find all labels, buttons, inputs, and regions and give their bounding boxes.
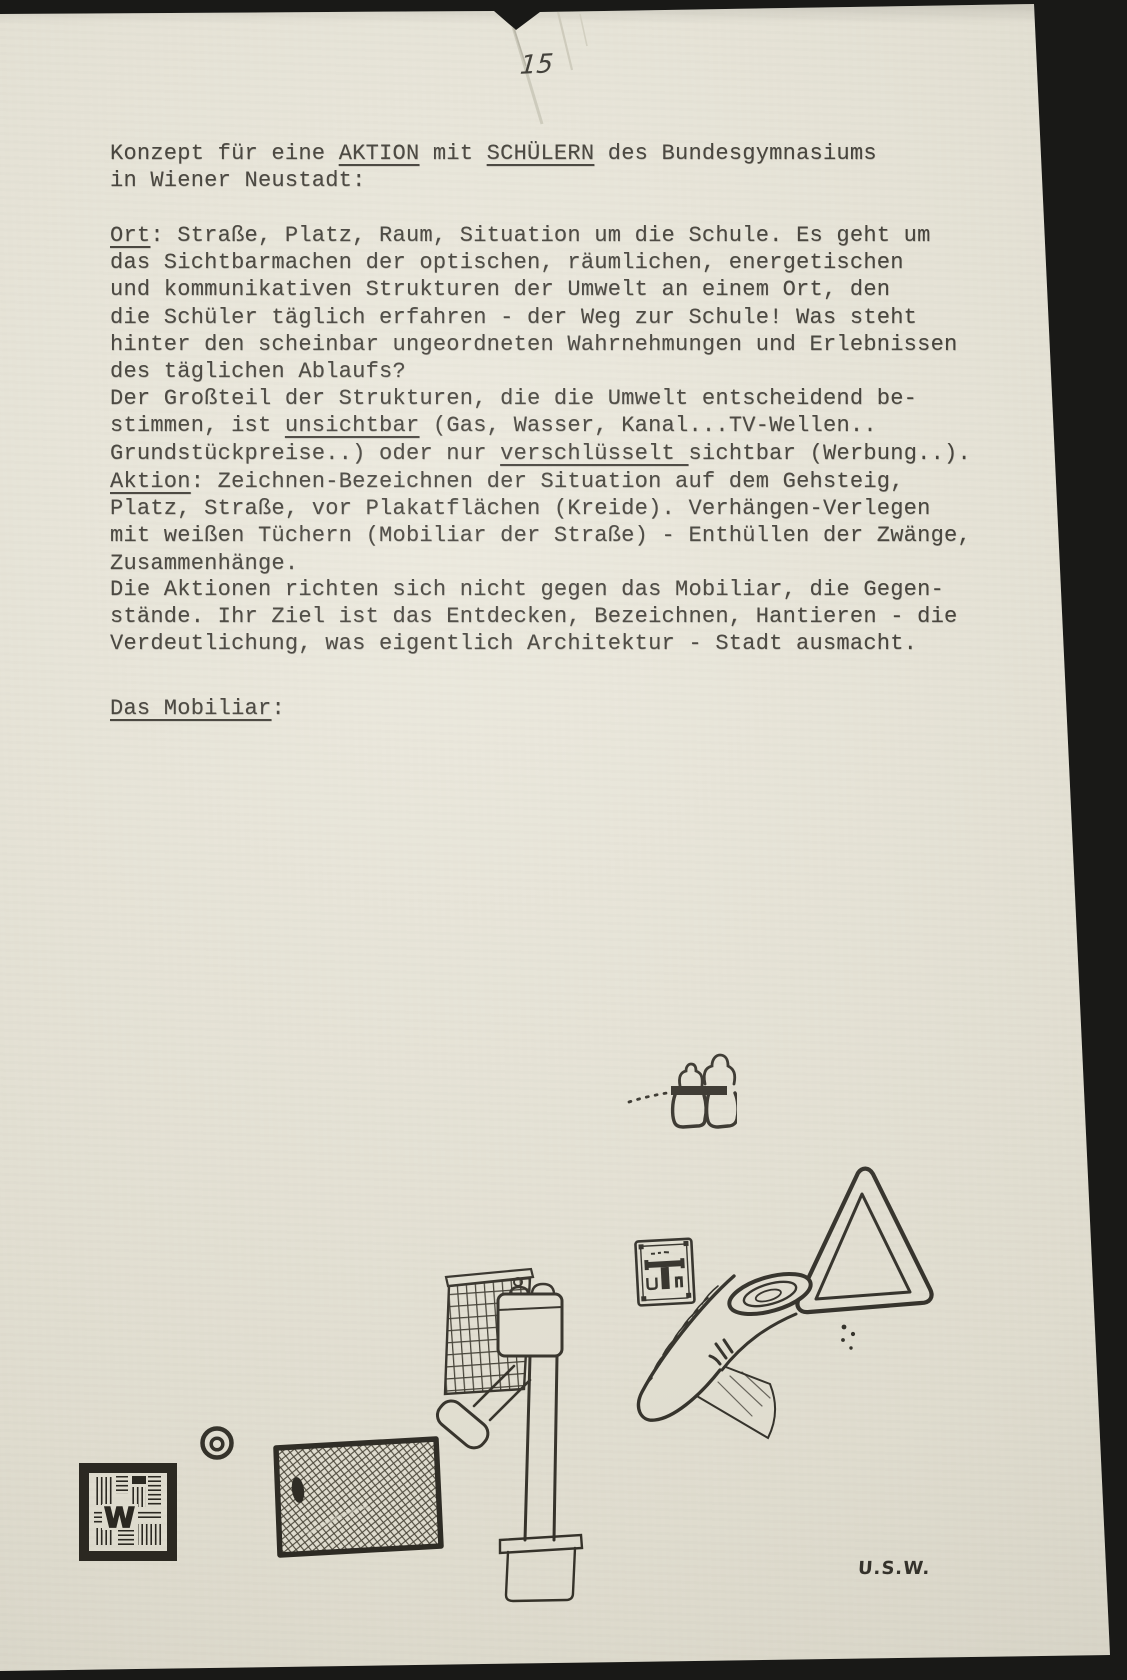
paragraph-ziel: Die Aktionen richten sich nicht gegen da… — [110, 576, 958, 658]
title-emphasis-aktion: AKTION — [339, 141, 420, 166]
text-segment: (Gas, Wasser, Kanal...TV-Wellen.. — [419, 413, 876, 438]
text-line: Ort: Straße, Platz, Raum, Situation um d… — [110, 222, 971, 249]
text-segment: sichtbar (Werbung..). — [688, 441, 971, 466]
mobiliar-label: Das Mobiliar — [110, 696, 271, 721]
title-text: des Bundesgymnasiums — [594, 141, 877, 166]
paragraph-ort: Ort: Straße, Platz, Raum, Situation um d… — [110, 222, 971, 467]
heading-das-mobiliar: Das Mobiliar: — [110, 695, 285, 722]
document-sheet: 15 Konzept für eine AKTION mit SCHÜLERN … — [0, 0, 1127, 1680]
title-text: mit — [419, 141, 486, 166]
text-line: stände. Ihr Ziel ist das Entdecken, Beze… — [110, 603, 958, 630]
document-title: Konzept für eine AKTION mit SCHÜLERN des… — [110, 140, 877, 194]
emphasis-unsichtbar: unsichtbar — [285, 413, 420, 438]
paper-crease — [430, 6, 690, 146]
text-segment: : Zeichnen-Bezeichnen der Situation auf … — [191, 469, 904, 494]
text-segment: : Straße, Platz, Raum, Situation um die … — [150, 223, 930, 248]
text-line: Die Aktionen richten sich nicht gegen da… — [110, 576, 958, 603]
stamp-strokes: W — [84, 1468, 172, 1556]
manhole-cover-sketch — [268, 1434, 446, 1562]
text-line: Der Großteil der Strukturen, die die Umw… — [110, 385, 971, 412]
text-segment: : — [271, 696, 284, 721]
text-line: das Sichtbarmachen der optischen, räumli… — [110, 249, 971, 276]
basket-strokes — [433, 1269, 582, 1601]
title-line-2: in Wiener Neustadt: — [110, 167, 877, 194]
stamp-letter: W — [104, 1501, 135, 1534]
text-line: mit weißen Tüchern (Mobiliar der Straße)… — [110, 522, 971, 549]
newspaper-roll-sketch — [598, 1252, 818, 1444]
roll-strokes — [636, 1266, 815, 1438]
text-line: des täglichen Ablaufs? — [110, 358, 971, 385]
manhole-strokes — [276, 1439, 441, 1555]
roll-opening — [725, 1266, 815, 1322]
text-line: hinter den scheinbar ungeordneten Wahrne… — [110, 331, 971, 358]
emphasis-verschluesselt: verschlüsselt — [500, 441, 688, 466]
title-emphasis-schuelern: SCHÜLERN — [487, 141, 595, 166]
text-line: Zusammenhänge. — [110, 550, 971, 577]
text-segment: Grundstückpreise..) oder nur — [110, 441, 500, 466]
handwritten-usw-note: U.S.W. — [857, 1558, 931, 1579]
text-line: Platz, Straße, vor Plakatflächen (Kreide… — [110, 495, 971, 522]
text-line: die Schüler täglich erfahren - der Weg z… — [110, 304, 971, 331]
w-stamp-sketch: W — [78, 1462, 178, 1562]
text-line: Das Mobiliar: — [110, 695, 285, 722]
hydrant-bollards-sketch — [625, 1048, 737, 1132]
text-segment: stimmen, ist — [110, 413, 285, 438]
ring-sketch — [196, 1422, 238, 1464]
text-line: und kommunikativen Strukturen der Umwelt… — [110, 276, 971, 303]
text-line: Verdeutlichung, was eigentlich Architekt… — [110, 630, 958, 657]
aktion-label: Aktion — [110, 469, 191, 494]
bollards-strokes — [629, 1055, 737, 1127]
text-line: Grundstückpreise..) oder nur verschlüsse… — [110, 440, 971, 467]
page-number: 15 — [519, 49, 555, 81]
paragraph-aktion: Aktion: Zeichnen-Bezeichnen der Situatio… — [110, 468, 971, 577]
title-line-1: Konzept für eine AKTION mit SCHÜLERN des… — [110, 140, 877, 167]
title-text: Konzept für eine — [110, 141, 339, 166]
text-line: Aktion: Zeichnen-Bezeichnen der Situatio… — [110, 468, 971, 495]
text-line: stimmen, ist unsichtbar (Gas, Wasser, Ka… — [110, 412, 971, 439]
scan-background: 15 Konzept für eine AKTION mit SCHÜLERN … — [0, 0, 1127, 1680]
ort-label: Ort — [110, 223, 150, 248]
